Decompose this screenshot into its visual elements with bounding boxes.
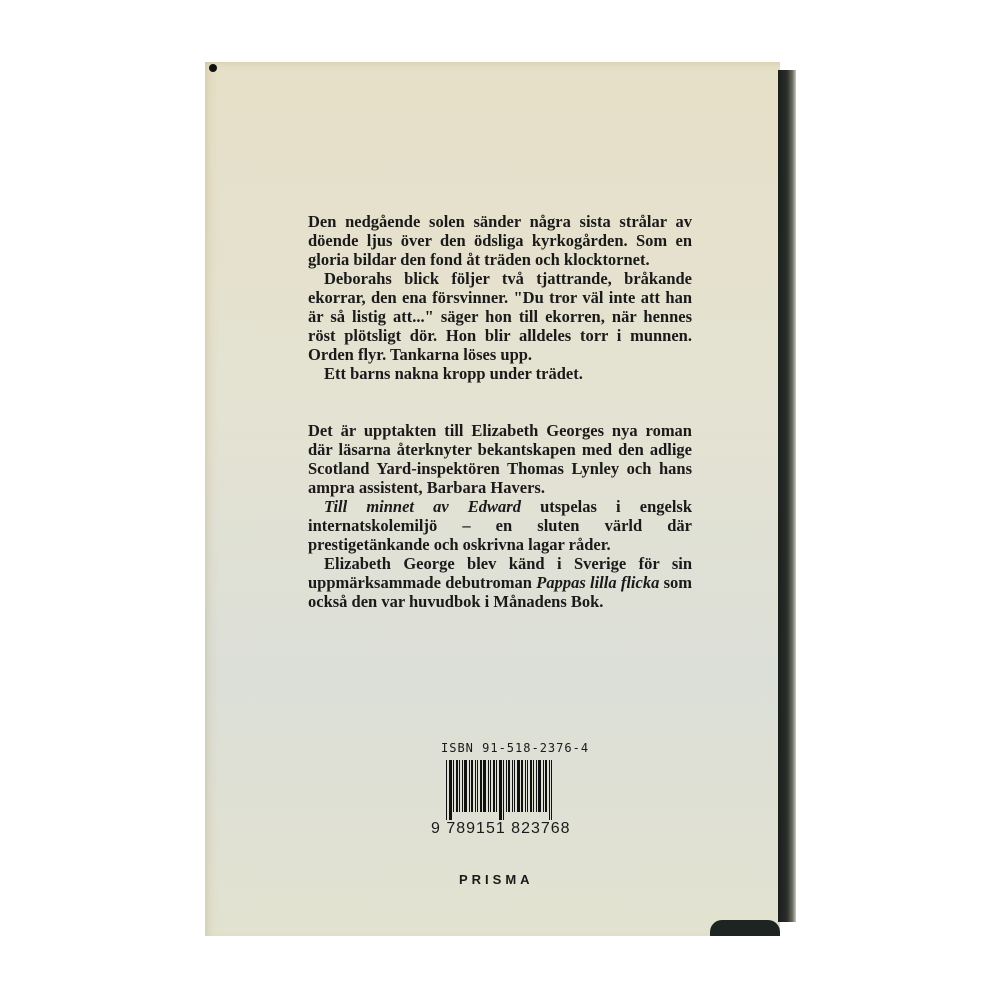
blurb-paragraph-5: Till minnet av Edward utspelas i engelsk…: [308, 497, 692, 554]
blurb-paragraph-6: Elizabeth George blev känd i Sverige för…: [308, 554, 692, 611]
book-title-italic: Till minnet av Edward: [324, 497, 521, 516]
book-spine: [778, 70, 796, 922]
ean-number: 9 789151 823768: [431, 820, 571, 838]
blurb-paragraph-1: Den nedgående solen sänder några sista s…: [308, 212, 692, 269]
cover-mark: [209, 64, 217, 72]
blurb-paragraph-2: Deborahs blick följer två tjattrande, br…: [308, 269, 692, 364]
cover-wear: [710, 920, 780, 936]
publisher-logo: PRISMA: [459, 872, 534, 887]
barcode: [446, 760, 570, 818]
blurb-paragraph-3: Ett barns nakna kropp under trädet.: [308, 364, 692, 383]
blurb-paragraph-4: Det är upptakten till Elizabeth Georges …: [308, 421, 692, 497]
blurb-text: Den nedgående solen sänder några sista s…: [308, 212, 692, 611]
debut-title-italic: Pappas lilla flicka: [536, 573, 659, 592]
isbn-label: ISBN 91-518-2376-4: [441, 741, 589, 755]
